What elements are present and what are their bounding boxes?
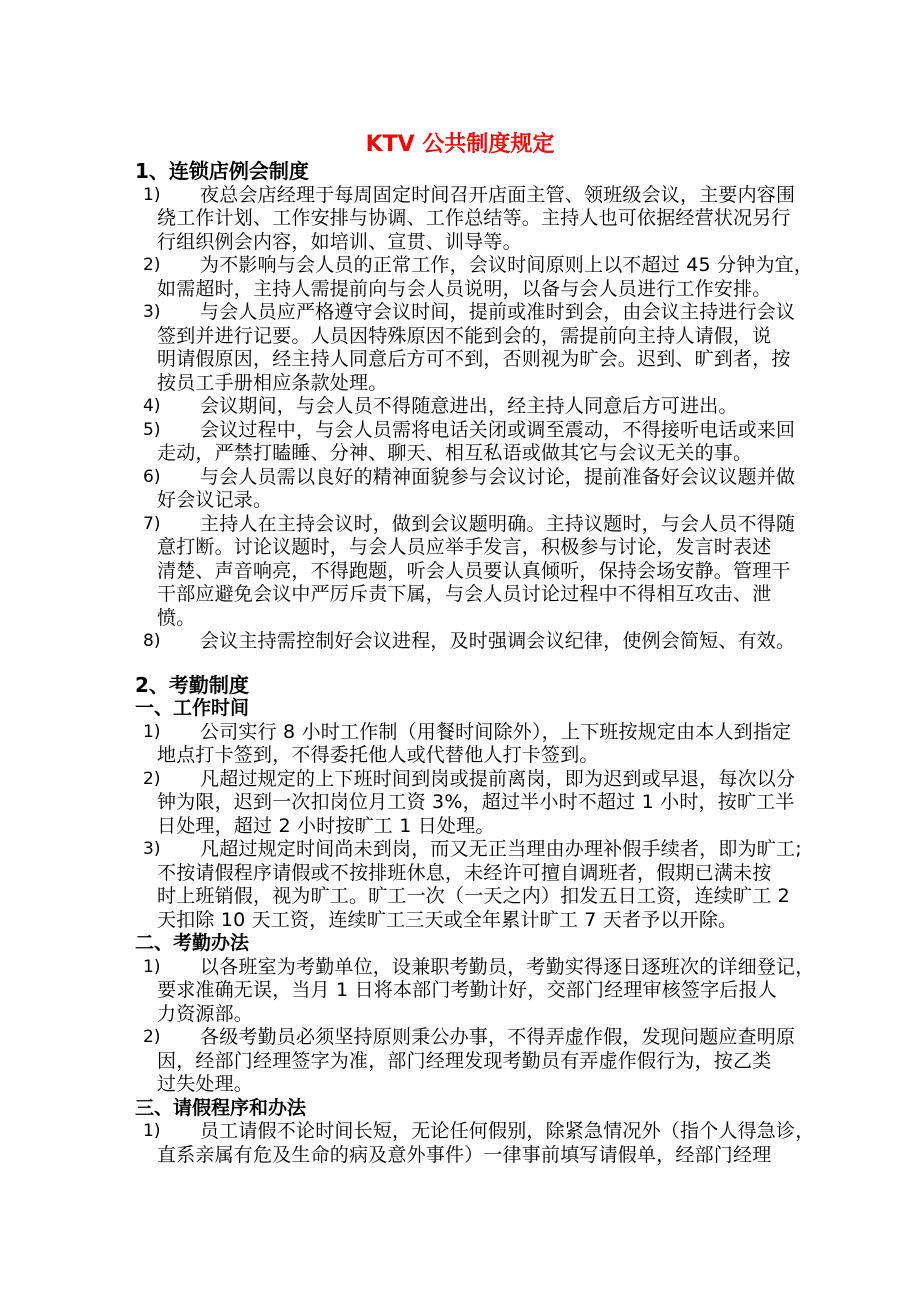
item-line: 日处理，超过 2 小时按旷工 1 日处理。: [157, 815, 843, 839]
item-line: 干部应避免会议中严厉斥责下属，与会人员讨论过程中不得相互攻击、泄: [157, 583, 843, 607]
item-line: 行组织例会内容，如培训、宣贯、训导等。: [157, 231, 843, 255]
item-line: 为不影响与会人员的正常工作，会议时间原则上以不超过 45 分钟为宜，: [157, 254, 843, 278]
subsection-heading: 三、请假程序和办法: [135, 1097, 843, 1121]
item-number: 2): [143, 768, 160, 792]
item-line: 主持人在主持会议时，做到会议题明确。主持议题时，与会人员不得随: [157, 513, 843, 537]
item-line: 要求准确无误，当月 1 日将本部门考勤计好，交部门经理审核签字后报人: [157, 979, 843, 1003]
document-page: KTV 公共制度规定 1、连锁店例会制度1)夜总会店经理于每周固定时间召开店面主…: [0, 0, 920, 1302]
item-number: 1): [143, 956, 160, 980]
item-number: 2): [143, 254, 160, 278]
item-number: 2): [143, 1026, 160, 1050]
item-line: 公司实行 8 小时工作制（用餐时间除外），上下班按规定由本人到指定: [157, 721, 843, 745]
item-line: 与会人员应严格遵守会议时间，提前或准时到会，由会议主持进行会议: [157, 301, 843, 325]
document-body: 1、连锁店例会制度1)夜总会店经理于每周固定时间召开店面主管、领班级会议，主要内…: [143, 160, 843, 1167]
item-line: 清楚、声音响亮，不得跑题，听会人员要认真倾听，保持会场安静。管理干: [157, 560, 843, 584]
list-item: 1)夜总会店经理于每周固定时间召开店面主管、领班级会议，主要内容围绕工作计划、工…: [143, 184, 843, 255]
section-heading: 1、连锁店例会制度: [135, 160, 843, 184]
item-line: 意打断。讨论议题时，与会人员应举手发言，积极参与讨论，发言时表述: [157, 536, 843, 560]
list-item: 3)与会人员应严格遵守会议时间，提前或准时到会，由会议主持进行会议签到并进行记要…: [143, 301, 843, 395]
item-number: 3): [143, 301, 160, 325]
item-number: 5): [143, 419, 160, 443]
item-line: 会议期间，与会人员不得随意进出，经主持人同意后方可进出。: [157, 395, 843, 419]
section: 1、连锁店例会制度1)夜总会店经理于每周固定时间召开店面主管、领班级会议，主要内…: [143, 160, 843, 654]
list-item: 4)会议期间，与会人员不得随意进出，经主持人同意后方可进出。: [143, 395, 843, 419]
item-line: 不按请假程序请假或不按排班休息，未经许可擅自调班者，假期已满未按: [157, 862, 843, 886]
list-item: 1)以各班室为考勤单位，设兼职考勤员，考勤实得逐日逐班次的详细登记，要求准确无误…: [143, 956, 843, 1027]
item-line: 好会议记录。: [157, 489, 843, 513]
section: 2、考勤制度一、工作时间1)公司实行 8 小时工作制（用餐时间除外），上下班按规…: [143, 674, 843, 1168]
list-item: 2)为不影响与会人员的正常工作，会议时间原则上以不超过 45 分钟为宜，如需超时…: [143, 254, 843, 301]
list-item: 1)公司实行 8 小时工作制（用餐时间除外），上下班按规定由本人到指定地点打卡签…: [143, 721, 843, 768]
item-number: 3): [143, 838, 160, 862]
list-item: 2)各级考勤员必须坚持原则秉公办事，不得弄虚作假，发现问题应查明原因，经部门经理…: [143, 1026, 843, 1097]
item-line: 绕工作计划、工作安排与协调、工作总结等。主持人也可依据经营状况另行: [157, 207, 843, 231]
item-line: 以各班室为考勤单位，设兼职考勤员，考勤实得逐日逐班次的详细登记，: [157, 956, 843, 980]
item-line: 凡超过规定时间尚未到岗，而又无正当理由办理补假手续者，即为旷工;: [157, 838, 843, 862]
item-line: 会议主持需控制好会议进程，及时强调会议纪律，使例会简短、有效。: [157, 630, 843, 654]
item-line: 愤。: [157, 607, 843, 631]
item-line: 与会人员需以良好的精神面貌参与会议讨论，提前准备好会议议题并做: [157, 466, 843, 490]
item-line: 明请假原因，经主持人同意后方可不到，否则视为旷会。迟到、旷到者，按: [157, 348, 843, 372]
item-line: 地点打卡签到，不得委托他人或代替他人打卡签到。: [157, 744, 843, 768]
item-line: 夜总会店经理于每周固定时间召开店面主管、领班级会议，主要内容围: [157, 184, 843, 208]
item-number: 6): [143, 466, 160, 490]
list-item: 8)会议主持需控制好会议进程，及时强调会议纪律，使例会简短、有效。: [143, 630, 843, 654]
item-line: 如需超时，主持人需提前向与会人员说明，以备与会人员进行工作安排。: [157, 278, 843, 302]
item-number: 4): [143, 395, 160, 419]
item-line: 天扣除 10 天工资，连续旷工三天或全年累计旷工 7 天者予以开除。: [157, 909, 843, 933]
item-line: 钟为限，迟到一次扣岗位月工资 3%，超过半小时不超过 1 小时，按旷工半: [157, 791, 843, 815]
subsection-heading: 一、工作时间: [135, 697, 843, 721]
item-line: 直系亲属有危及生命的病及意外事件）一律事前填写请假单，经部门经理: [157, 1144, 843, 1168]
list-item: 7)主持人在主持会议时，做到会议题明确。主持议题时，与会人员不得随意打断。讨论议…: [143, 513, 843, 631]
item-line: 时上班销假，视为旷工。旷工一次（一天之内）扣发五日工资，连续旷工 2: [157, 885, 843, 909]
list-item: 6)与会人员需以良好的精神面貌参与会议讨论，提前准备好会议议题并做好会议记录。: [143, 466, 843, 513]
section-heading: 2、考勤制度: [135, 674, 843, 698]
item-line: 员工请假不论时间长短，无论任何假别，除紧急情况外（指个人得急诊，: [157, 1120, 843, 1144]
item-number: 8): [143, 630, 160, 654]
item-line: 凡超过规定的上下班时间到岗或提前离岗，即为迟到或早退，每次以分: [157, 768, 843, 792]
list-item: 2)凡超过规定的上下班时间到岗或提前离岗，即为迟到或早退，每次以分钟为限，迟到一…: [143, 768, 843, 839]
item-number: 1): [143, 721, 160, 745]
item-line: 签到并进行记要。人员因特殊原因不能到会的，需提前向主持人请假，说: [157, 325, 843, 349]
item-line: 力资源部。: [157, 1003, 843, 1027]
list-item: 5)会议过程中，与会人员需将电话关闭或调至震动，不得接听电话或来回走动，严禁打瞌…: [143, 419, 843, 466]
item-number: 1): [143, 1120, 160, 1144]
list-item: 3)凡超过规定时间尚未到岗，而又无正当理由办理补假手续者，即为旷工;不按请假程序…: [143, 838, 843, 932]
item-line: 各级考勤员必须坚持原则秉公办事，不得弄虚作假，发现问题应查明原: [157, 1026, 843, 1050]
item-line: 按员工手册相应条款处理。: [157, 372, 843, 396]
item-number: 7): [143, 513, 160, 537]
list-item: 1)员工请假不论时间长短，无论任何假别，除紧急情况外（指个人得急诊，直系亲属有危…: [143, 1120, 843, 1167]
item-line: 因，经部门经理签字为准，部门经理发现考勤员有弄虚作假行为，按乙类: [157, 1050, 843, 1074]
document-title: KTV 公共制度规定: [0, 131, 920, 159]
item-line: 会议过程中，与会人员需将电话关闭或调至震动，不得接听电话或来回: [157, 419, 843, 443]
item-number: 1): [143, 184, 160, 208]
item-line: 过失处理。: [157, 1073, 843, 1097]
item-line: 走动，严禁打瞌睡、分神、聊天、相互私语或做其它与会议无关的事。: [157, 442, 843, 466]
subsection-heading: 二、考勤办法: [135, 932, 843, 956]
